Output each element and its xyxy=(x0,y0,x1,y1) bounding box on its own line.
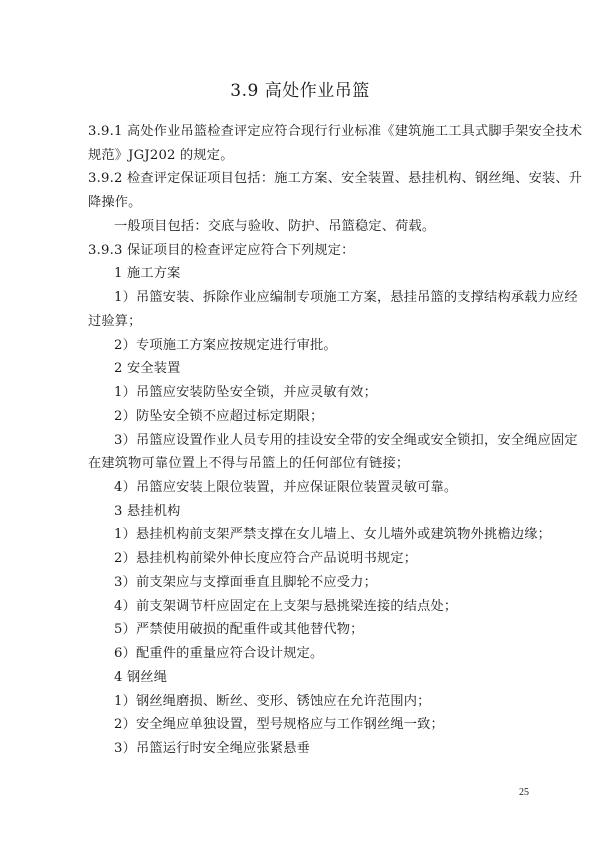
list-item: 6）配重件的重量应符合设计规定。 xyxy=(114,646,323,662)
list-item-continuation: 过验算； xyxy=(88,314,142,330)
list-item: 3）前支架应与支撑面垂直且脚轮不应受力； xyxy=(114,575,377,591)
list-item: 3）吊篮运行时安全绳应张紧悬垂 xyxy=(114,741,310,757)
heading-safety-devices: 2 安全装置 xyxy=(114,361,181,377)
list-item: 2）安全绳应单独设置，型号规格应与工作钢丝绳一致； xyxy=(114,717,444,733)
heading-wire-rope: 4 钢丝绳 xyxy=(114,670,167,686)
list-item: 5）严禁使用破损的配重件或其他替代物； xyxy=(114,622,364,638)
section-title: 3.9 高处作业吊篮 xyxy=(0,76,600,101)
clause-3-9-1-line-1: 3.9.1 高处作业吊篮检查评定应符合现行行业标准《建筑施工工具式脚手架安全技术 xyxy=(88,124,582,140)
heading-construction-plan: 1 施工方案 xyxy=(114,266,181,282)
page-number: 25 xyxy=(519,787,529,798)
clause-3-9-1-line-2: 规范》JGJ202 的规定。 xyxy=(88,148,234,164)
list-item: 1）钢丝绳磨损、断丝、变形、锈蚀应在允许范围内； xyxy=(114,694,431,710)
clause-3-9-2-line-2: 降操作。 xyxy=(88,195,142,211)
list-item-continuation: 在建筑物可靠位置上不得与吊篮上的任何部位有链接； xyxy=(88,456,409,472)
list-item: 1）悬挂机构前支架严禁支撑在女儿墙上、女儿墙外或建筑物外挑檐边缘； xyxy=(114,527,551,543)
list-item: 4）前支架调节杆应固定在上支架与悬挑梁连接的结点处； xyxy=(114,599,457,615)
list-item: 4）吊篮应安装上限位装置，并应保证限位装置灵敏可靠。 xyxy=(114,480,457,496)
list-item: 1）吊篮应安装防坠安全锁，并应灵敏有效； xyxy=(114,385,377,401)
clause-3-9-2-line-1: 3.9.2 检查评定保证项目包括：施工方案、安全装置、悬挂机构、钢丝绳、安装、升 xyxy=(88,171,582,187)
heading-suspension-mechanism: 3 悬挂机构 xyxy=(114,504,181,520)
clause-3-9-3: 3.9.3 保证项目的检查评定应符合下列规定： xyxy=(88,243,355,259)
list-item: 1）吊篮安装、拆除作业应编制专项施工方案，悬挂吊篮的支撑结构承载力应经 xyxy=(114,290,578,306)
list-item: 2）专项施工方案应按规定进行审批。 xyxy=(114,338,337,354)
list-item: 2）防坠安全锁不应超过标定期限； xyxy=(114,409,323,425)
list-item: 3）吊篮应设置作业人员专用的挂设安全带的安全绳或安全锁扣，安全绳应固定 xyxy=(114,433,578,449)
general-items: 一般项目包括：交底与验收、防护、吊篮稳定、荷载。 xyxy=(114,219,435,235)
list-item: 2）悬挂机构前梁外伸长度应符合产品说明书规定； xyxy=(114,551,417,567)
